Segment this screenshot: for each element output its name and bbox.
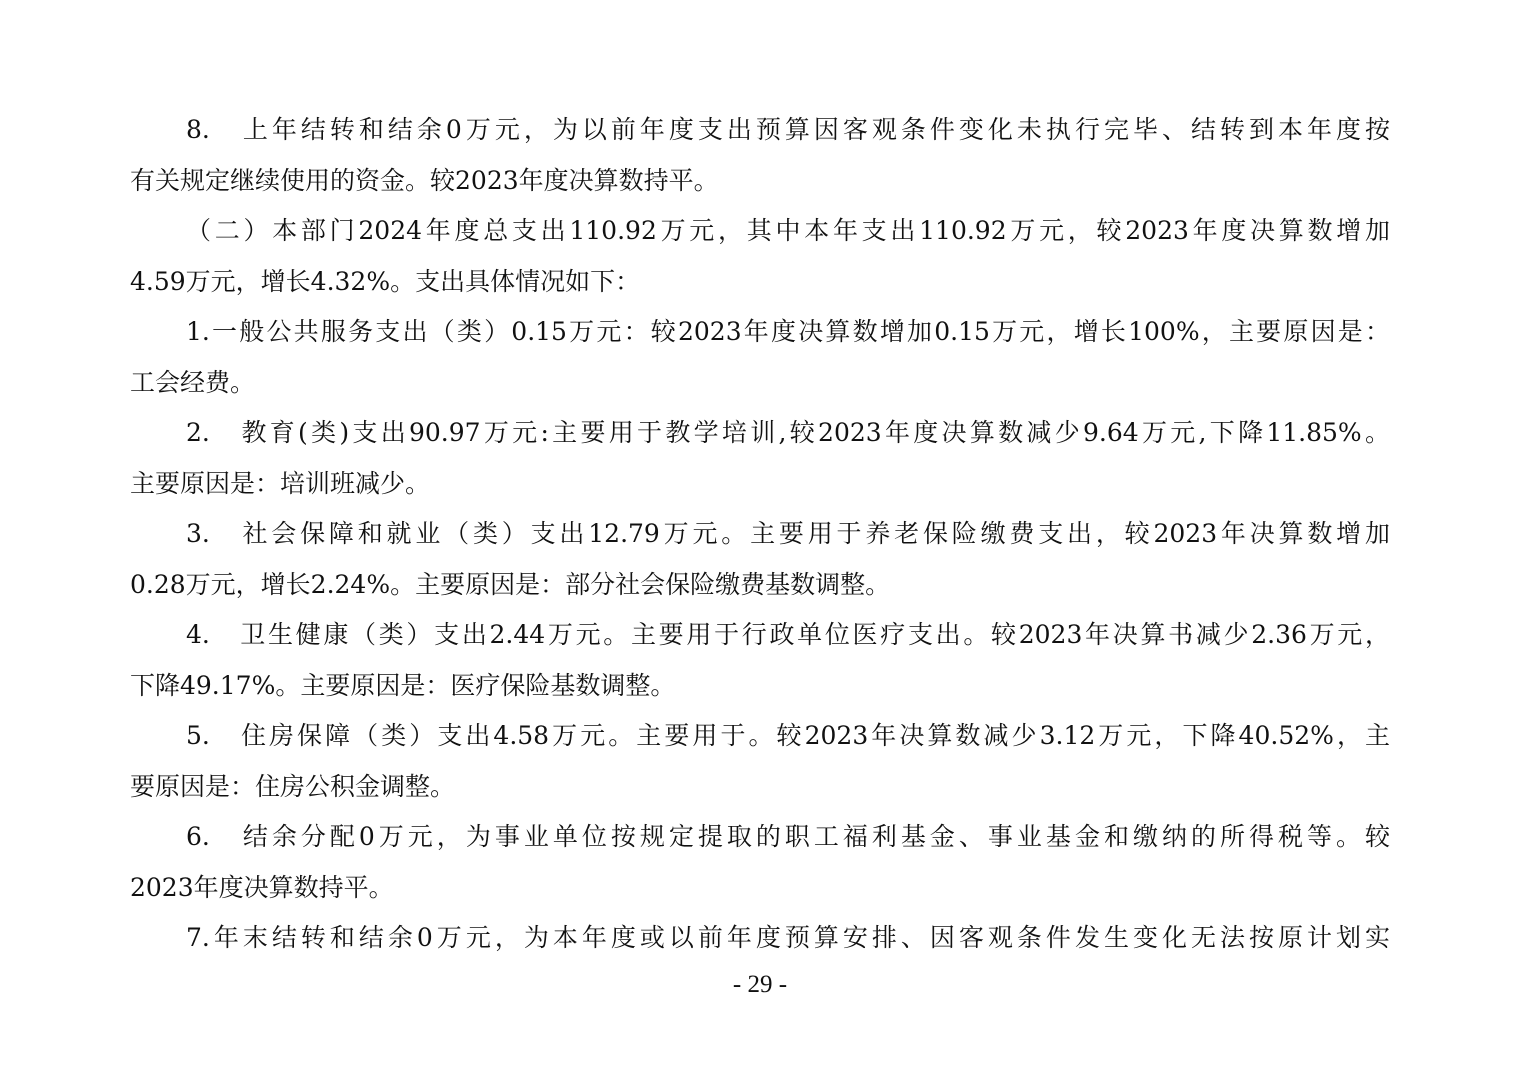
list-item-line: 2023年度决算数持平。: [130, 873, 1390, 903]
list-item-line: 0.28万元，增长2.24%。主要原因是：部分社会保险缴费基数调整。: [130, 570, 1390, 600]
list-item-line: 4. 卫生健康（类）支出2.44万元。主要用于行政单位医疗支出。较2023年决算…: [186, 620, 1390, 650]
list-item-line: 工会经费。: [130, 368, 1390, 398]
list-item-line: 3. 社会保障和就业（类）支出12.79万元。主要用于养老保险缴费支出，较202…: [186, 519, 1390, 549]
list-item-line: 2. 教育(类)支出90.97万元:主要用于教学培训,较2023年度决算数减少9…: [186, 418, 1390, 448]
list-item-line: 7.年末结转和结余0万元，为本年度或以前年度预算安排、因客观条件发生变化无法按原…: [186, 923, 1390, 953]
document-page: 8. 上年结转和结余0万元，为以前年度支出预算因客观条件变化未执行完毕、结转到本…: [0, 0, 1520, 1074]
list-item-line: 6. 结余分配0万元，为事业单位按规定提取的职工福利基金、事业基金和缴纳的所得税…: [186, 822, 1390, 852]
section-heading-line: （二）本部门2024年度总支出110.92万元，其中本年支出110.92万元，较…: [186, 216, 1390, 246]
paragraph-line: 8. 上年结转和结余0万元，为以前年度支出预算因客观条件变化未执行完毕、结转到本…: [186, 115, 1390, 145]
page-number: - 29 -: [0, 970, 1520, 1000]
list-item-line: 主要原因是：培训班减少。: [130, 469, 1390, 499]
list-item-line: 下降49.17%。主要原因是：医疗保险基数调整。: [130, 671, 1390, 701]
list-item-line: 1.一般公共服务支出（类）0.15万元：较2023年度决算数增加0.15万元，增…: [186, 317, 1390, 347]
list-item-line: 要原因是：住房公积金调整。: [130, 772, 1390, 802]
paragraph-line: 4.59万元，增长4.32%。支出具体情况如下：: [130, 267, 1390, 297]
list-item-line: 5. 住房保障（类）支出4.58万元。主要用于。较2023年决算数减少3.12万…: [186, 721, 1390, 751]
paragraph-line: 有关规定继续使用的资金。较2023年度决算数持平。: [130, 166, 1390, 196]
